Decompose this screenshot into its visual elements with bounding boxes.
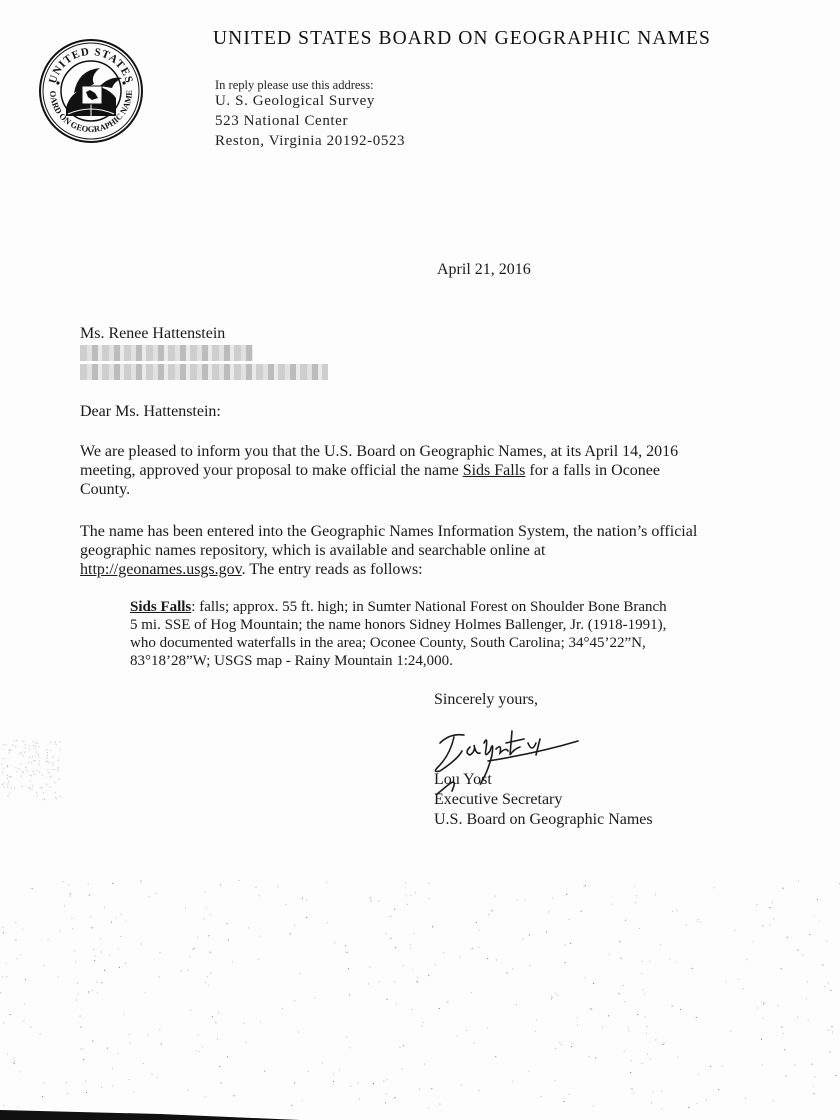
- return-address-line: U. S. Geological Survey: [215, 93, 375, 110]
- return-address-line: 523 National Center: [215, 113, 348, 130]
- paragraph-line: County.: [80, 480, 678, 499]
- paragraph-gnis: The name has been entered into the Geogr…: [80, 522, 697, 579]
- letterhead-title: UNITED STATES BOARD ON GEOGRAPHIC NAMES: [213, 28, 711, 50]
- paragraph-line: http://geonames.usgs.gov. The entry read…: [80, 560, 697, 579]
- scan-edge-shadow: [0, 1108, 300, 1120]
- signer-name: Lou Yost: [434, 770, 492, 789]
- geonames-link[interactable]: http://geonames.usgs.gov: [80, 561, 242, 578]
- text: : falls; approx. 55 ft. high; in Sumter …: [191, 599, 666, 615]
- paragraph-line: geographic names repository, which is av…: [80, 541, 697, 560]
- closing: Sincerely yours,: [434, 690, 538, 709]
- return-address-line: Reston, Virginia 20192-0523: [215, 133, 405, 150]
- usbgn-seal-icon: UNITED STATES BOARD ON GEOGRAPHIC NAMES: [38, 38, 144, 144]
- gnis-entry: Sids Falls: falls; approx. 55 ft. high; …: [130, 598, 667, 670]
- entry-line: who documented waterfalls in the area; O…: [130, 634, 667, 652]
- text: meeting, approved your proposal to make …: [80, 462, 463, 479]
- paragraph-line: The name has been entered into the Geogr…: [80, 522, 697, 541]
- feature-name: Sids Falls: [463, 462, 526, 479]
- paragraph-approval: We are pleased to inform you that the U.…: [80, 442, 678, 499]
- entry-line: 5 mi. SSE of Hog Mountain; the name hono…: [130, 616, 667, 634]
- paragraph-line: We are pleased to inform you that the U.…: [80, 442, 678, 461]
- salutation: Dear Ms. Hattenstein:: [80, 402, 221, 421]
- redacted-address-line: [80, 364, 328, 380]
- text: . The entry reads as follows:: [242, 561, 423, 578]
- redacted-address-line: [80, 345, 253, 361]
- signer-title: Executive Secretary: [434, 790, 562, 809]
- entry-line: 83°18’28”W; USGS map - Rainy Mountain 1:…: [130, 652, 667, 670]
- entry-feature-name: Sids Falls: [130, 599, 191, 615]
- signer-organization: U.S. Board on Geographic Names: [434, 810, 653, 829]
- paragraph-line: meeting, approved your proposal to make …: [80, 461, 678, 480]
- text: for a falls in Oconee: [525, 462, 660, 479]
- reply-label: In reply please use this address:: [215, 78, 374, 93]
- recipient-name: Ms. Renee Hattenstein: [80, 324, 225, 343]
- letter-date: April 21, 2016: [437, 260, 531, 279]
- entry-line: Sids Falls: falls; approx. 55 ft. high; …: [130, 598, 667, 616]
